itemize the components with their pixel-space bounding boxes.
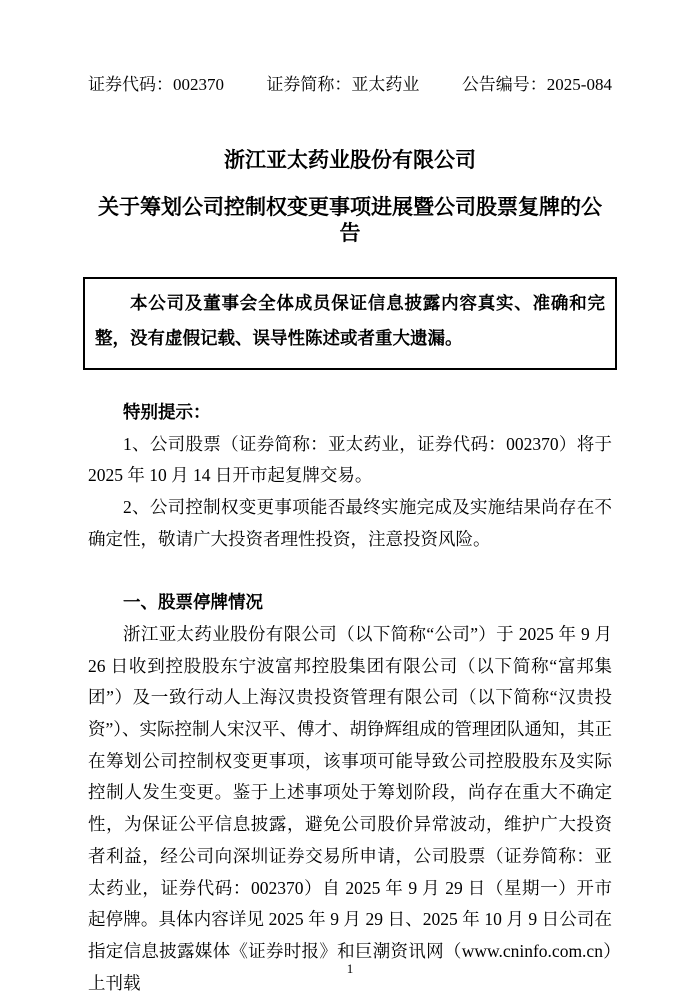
- hint-item-1: 1、公司股票（证券简称：亚太药业，证券代码：002370）将于 2025 年 1…: [88, 429, 612, 492]
- disclosure-notice-text: 本公司及董事会全体成员保证信息披露内容真实、准确和完整，没有虚假记载、误导性陈述…: [95, 286, 605, 356]
- page-number: 1: [0, 961, 700, 977]
- document-header: 证券代码：002370 证券简称：亚太药业 公告编号：2025-084: [88, 74, 612, 96]
- stock-code-label: 证券代码：002370: [88, 74, 224, 96]
- disclosure-notice-box: 本公司及董事会全体成员保证信息披露内容真实、准确和完整，没有虚假记载、误导性陈述…: [83, 277, 617, 370]
- company-name-title: 浙江亚太药业股份有限公司: [88, 148, 612, 172]
- hint-item-2: 2、公司控制权变更事项能否最终实施完成及实施结果尚存在不确定性，敬请广大投资者理…: [88, 492, 612, 555]
- special-hint-heading: 特别提示：: [88, 397, 612, 429]
- announcement-page: 证券代码：002370 证券简称：亚太药业 公告编号：2025-084 浙江亚太…: [0, 0, 700, 1001]
- announcement-number-label: 公告编号：2025-084: [462, 74, 612, 96]
- announcement-title: 关于筹划公司控制权变更事项进展暨公司股票复牌的公告: [88, 194, 612, 246]
- section1-paragraph: 浙江亚太药业股份有限公司（以下简称“公司”）于 2025 年 9 月 26 日收…: [88, 619, 612, 999]
- section1-heading: 一、股票停牌情况: [88, 587, 612, 619]
- stock-name-label: 证券简称：亚太药业: [266, 74, 419, 96]
